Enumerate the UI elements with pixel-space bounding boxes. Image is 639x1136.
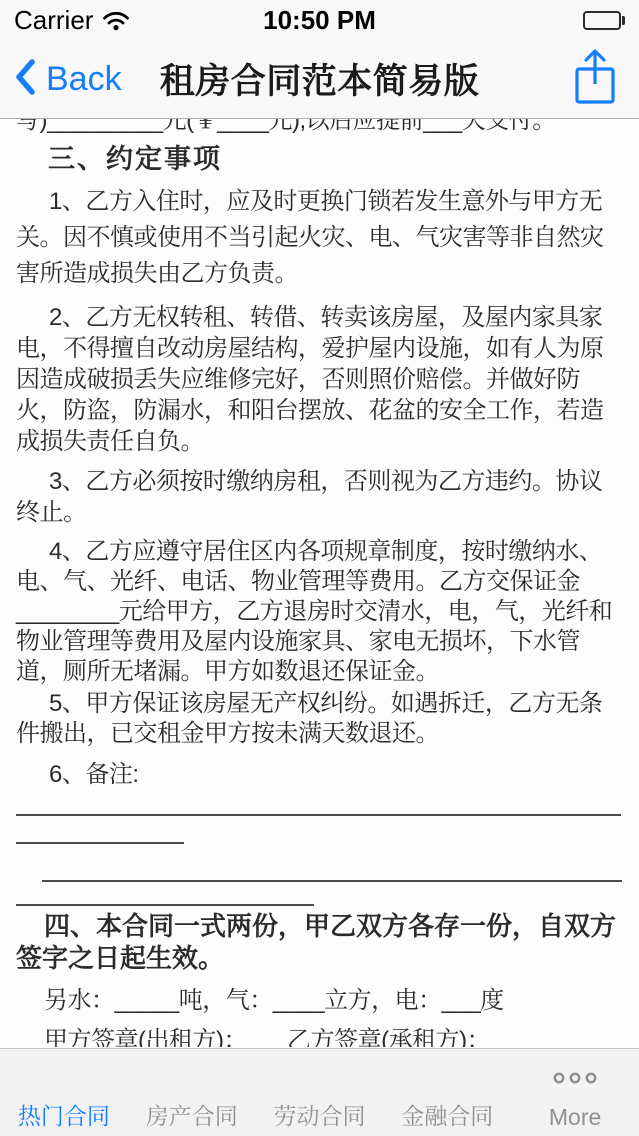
notes-blank-line	[16, 842, 184, 844]
contract-document[interactable]: 写)_________元(￥____元),以后应提前___天支付。 三、约定事项…	[0, 119, 639, 1047]
ellipsis-icon	[552, 1064, 598, 1091]
notes-blank-line	[16, 814, 621, 816]
clause-3: 3、乙方必须按时缴纳房租，否则视为乙方违约。协议终止。	[16, 466, 623, 528]
status-bar: Carrier 10:50 PM	[0, 0, 639, 40]
section-four-text: 四、本合同一式两份，甲乙双方各存一份，自双方签字之日起生效。	[16, 910, 623, 974]
clipped-text-line: 写)_________元(￥____元),以后应提前___天支付。	[16, 119, 623, 139]
tab-real-estate-contracts[interactable]: 房产合同	[128, 1049, 256, 1136]
tab-label: More	[549, 1104, 601, 1131]
section-three-heading: 三、约定事项	[16, 143, 623, 175]
clause-2: 2、乙方无权转租、转借、转卖该房屋，及屋内家具家电，不得擅自改动房屋结构，爱护屋…	[16, 302, 623, 457]
clause-5: 5、甲方保证该房屋无产权纠纷。如遇拆迁，乙方无条件搬出，已交租金甲方按未满天数退…	[16, 689, 623, 749]
tab-labor-contracts[interactable]: 劳动合同	[256, 1049, 384, 1136]
status-time: 10:50 PM	[0, 0, 639, 40]
back-button-label: Back	[46, 60, 122, 99]
navigation-bar: Back 租房合同范本简易版	[0, 40, 639, 119]
tab-label: 热门合同	[18, 1098, 110, 1131]
signature-row: 甲方签章(出租方)： 乙方签章(承租方)：	[16, 1026, 623, 1047]
utility-meters-line: 另水：_____吨，气：____立方，电：___度	[16, 986, 623, 1016]
party-b-signature-label: 乙方签章(承租方)：	[287, 1027, 490, 1047]
back-button[interactable]: Back	[14, 59, 122, 100]
notes-blank-line	[16, 904, 314, 906]
tab-bar: 热门合同 房产合同 劳动合同 金融合同 More	[0, 1048, 639, 1136]
tab-label: 房产合同	[146, 1098, 238, 1131]
clause-6-notes-label: 6、备注:	[16, 760, 623, 790]
clause-4: 4、乙方应遵守居住区内各项规章制度，按时缴纳水、电、气、光纤、电话、物业管理等费…	[16, 537, 623, 687]
tab-label: 劳动合同	[273, 1098, 365, 1131]
tab-finance-contracts[interactable]: 金融合同	[383, 1049, 511, 1136]
share-icon	[573, 93, 617, 110]
clause-1: 1、乙方入住时，应及时更换门锁若发生意外与甲方无关。因不慎或使用不当引起火灾、电…	[16, 184, 623, 292]
battery-full-icon	[583, 11, 625, 30]
party-a-signature-label: 甲方签章(出租方)：	[44, 1027, 247, 1047]
tab-more[interactable]: More	[511, 1049, 639, 1136]
chevron-left-icon	[14, 59, 36, 100]
status-right	[583, 11, 625, 30]
notes-blank-line	[42, 880, 622, 882]
share-button[interactable]	[573, 48, 617, 111]
tab-label: 金融合同	[401, 1098, 493, 1131]
app-screen: Carrier 10:50 PM Bac	[0, 0, 639, 1136]
tab-hot-contracts[interactable]: 热门合同	[0, 1049, 128, 1136]
